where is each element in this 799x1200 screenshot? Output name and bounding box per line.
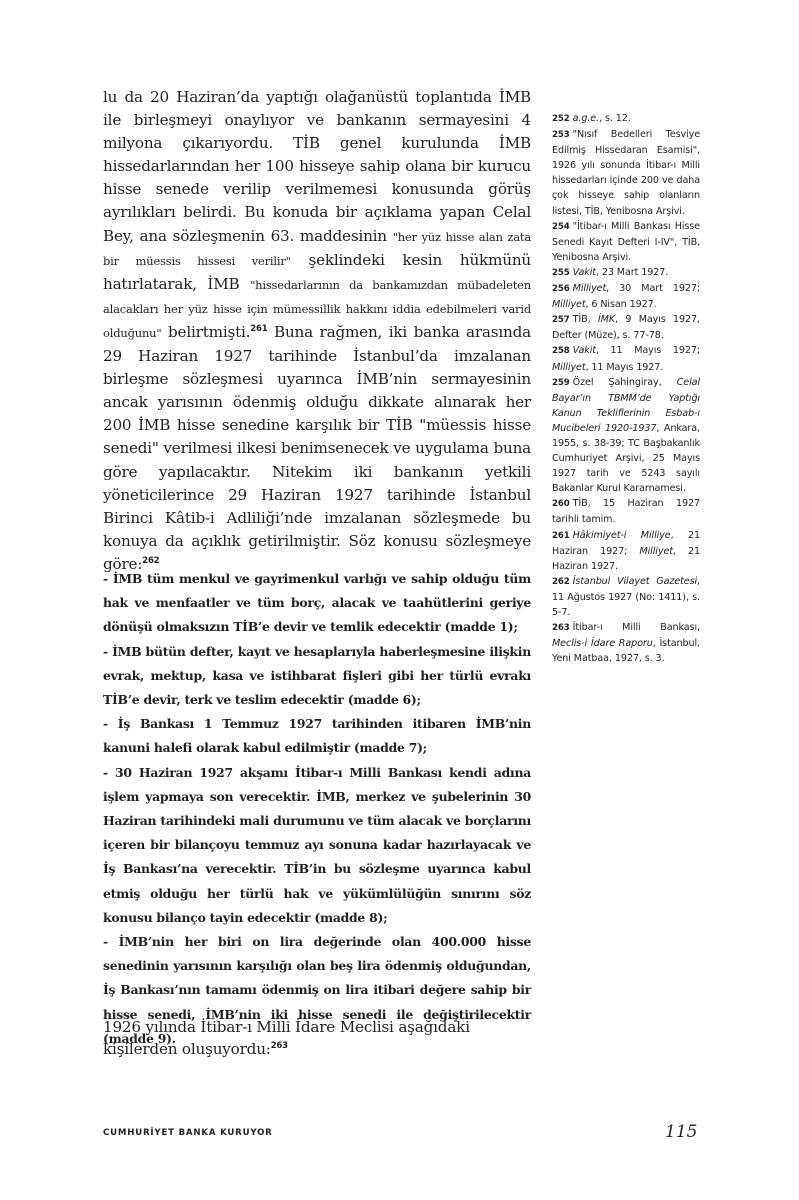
body-text-segment: Buna rağmen, iki banka arasında 29 Hazir… (103, 323, 531, 573)
closing-text: 1926 yılında İtibar-ı Milli İdare Meclis… (103, 1018, 470, 1058)
footnote-number: 256 (552, 284, 570, 294)
footnote-number: 258 (552, 346, 570, 356)
footnote-252: 252a.g.e., s. 12. (552, 111, 700, 127)
footnote-italic: Milliyet (639, 546, 672, 557)
footnote-text: , 11 Mayıs 1927. (585, 362, 663, 373)
footnote-ref-263[interactable]: 263 (271, 1041, 288, 1051)
footnote-263: 263İtibar-ı Milli Bankası, Meclis-i İdar… (552, 620, 700, 666)
footnote-256: 256Milliyet, 30 Mart 1927; Milliyet, 6 N… (552, 281, 700, 312)
body-paragraph: lu da 20 Haziran’da yaptığı olağanüstü t… (103, 86, 531, 576)
footnote-italic: Vakit (573, 267, 596, 278)
footnote-italic: Meclis-i İdare Raporu (552, 638, 653, 649)
footnote-italic: Milliyet (552, 362, 585, 373)
contract-clause: - İMB bütün defter, kayıt ve hesaplarıyl… (103, 640, 531, 713)
contract-clause: - İş Bankası 1 Temmuz 1927 tarihinden it… (103, 712, 531, 760)
footnote-text: , 6 Nisan 1927. (585, 299, 656, 310)
footnote-254: 254"İtibar-ı Milli Bankası Hisse Senedi … (552, 219, 700, 265)
footnote-text: TİB, 15 Haziran 1927 tarihli tamim. (552, 498, 700, 525)
closing-paragraph: 1926 yılında İtibar-ı Milli İdare Meclis… (103, 1016, 531, 1060)
footnote-number: 260 (552, 499, 570, 509)
footnote-italic: Milliyet (573, 283, 606, 294)
footnote-italic: Vakit (573, 345, 596, 356)
footnote-260: 260TİB, 15 Haziran 1927 tarihli tamim. (552, 496, 700, 527)
contract-clauses: - İMB tüm menkul ve gayrimenkul varlığı … (103, 567, 531, 1051)
footnote-261: 261Hâkimiyet-i Milliye, 21 Haziran 1927;… (552, 528, 700, 574)
footnote-number: 259 (552, 378, 570, 388)
footnote-258: 258Vakit, 11 Mayıs 1927; Milliyet, 11 Ma… (552, 343, 700, 374)
footnote-ref-261[interactable]: 261 (250, 324, 267, 334)
footnotes-column: 252a.g.e., s. 12. 253"Nısıf Bedelleri Te… (552, 111, 700, 666)
footnote-255: 255Vakit, 23 Mart 1927. (552, 265, 700, 281)
footnote-text: , 11 Mayıs 1927; (596, 345, 700, 356)
footnote-text: "İtibar-ı Milli Bankası Hisse Senedi Kay… (552, 221, 700, 263)
footnote-text: İtibar-ı Milli Bankası, (573, 622, 700, 633)
contract-clause: - İMB tüm menkul ve gayrimenkul varlığı … (103, 567, 531, 640)
footnote-262: 262İstanbul Vilayet Gazetesi, 11 Ağustos… (552, 574, 700, 620)
footnote-text: , 30 Mart 1927; (606, 283, 700, 294)
footnote-text: Özel Şahingiray, (573, 377, 677, 388)
footnote-italic: a.g.e. (573, 113, 599, 124)
footnote-italic: İstanbul Vilayet Gazetesi (573, 576, 697, 587)
footnote-italic: İMK (598, 314, 615, 325)
footnote-number: 252 (552, 114, 570, 124)
footnote-number: 254 (552, 222, 570, 232)
footnote-text: , 23 Mart 1927. (596, 267, 668, 278)
footnote-italic: Milliyet (552, 299, 585, 310)
body-text-segment: lu da 20 Haziran’da yaptığı olağanüstü t… (103, 88, 531, 245)
footnote-text: TİB, (573, 314, 598, 325)
footnote-text: , s. 12. (599, 113, 631, 124)
footnote-number: 262 (552, 577, 570, 587)
footnote-number: 253 (552, 130, 570, 140)
body-text-segment: belirtmişti. (161, 323, 250, 341)
footnote-number: 263 (552, 623, 570, 633)
footnote-257: 257TİB, İMK, 9 Mayıs 1927, Defter (Müze)… (552, 312, 700, 343)
footnote-number: 261 (552, 531, 570, 541)
footnote-259: 259Özel Şahingiray, Celal Bayar’ın TBMM’… (552, 375, 700, 497)
footnote-text: "Nısıf Bedelleri Tesviye Edilmiş Hisseda… (552, 129, 700, 216)
footnote-253: 253"Nısıf Bedelleri Tesviye Edilmiş Hiss… (552, 127, 700, 219)
footnote-ref-262[interactable]: 262 (142, 556, 159, 566)
contract-clause: - 30 Haziran 1927 akşamı İtibar-ı Milli … (103, 761, 531, 930)
footnote-number: 257 (552, 315, 570, 325)
footnote-italic: Hâkimiyet-i Milliye (573, 530, 671, 541)
page-number: 115 (665, 1122, 697, 1142)
footnote-number: 255 (552, 268, 570, 278)
main-body-text: lu da 20 Haziran’da yaptığı olağanüstü t… (103, 86, 531, 576)
running-head: CUMHURİYET BANKA KURUYOR (103, 1128, 273, 1138)
